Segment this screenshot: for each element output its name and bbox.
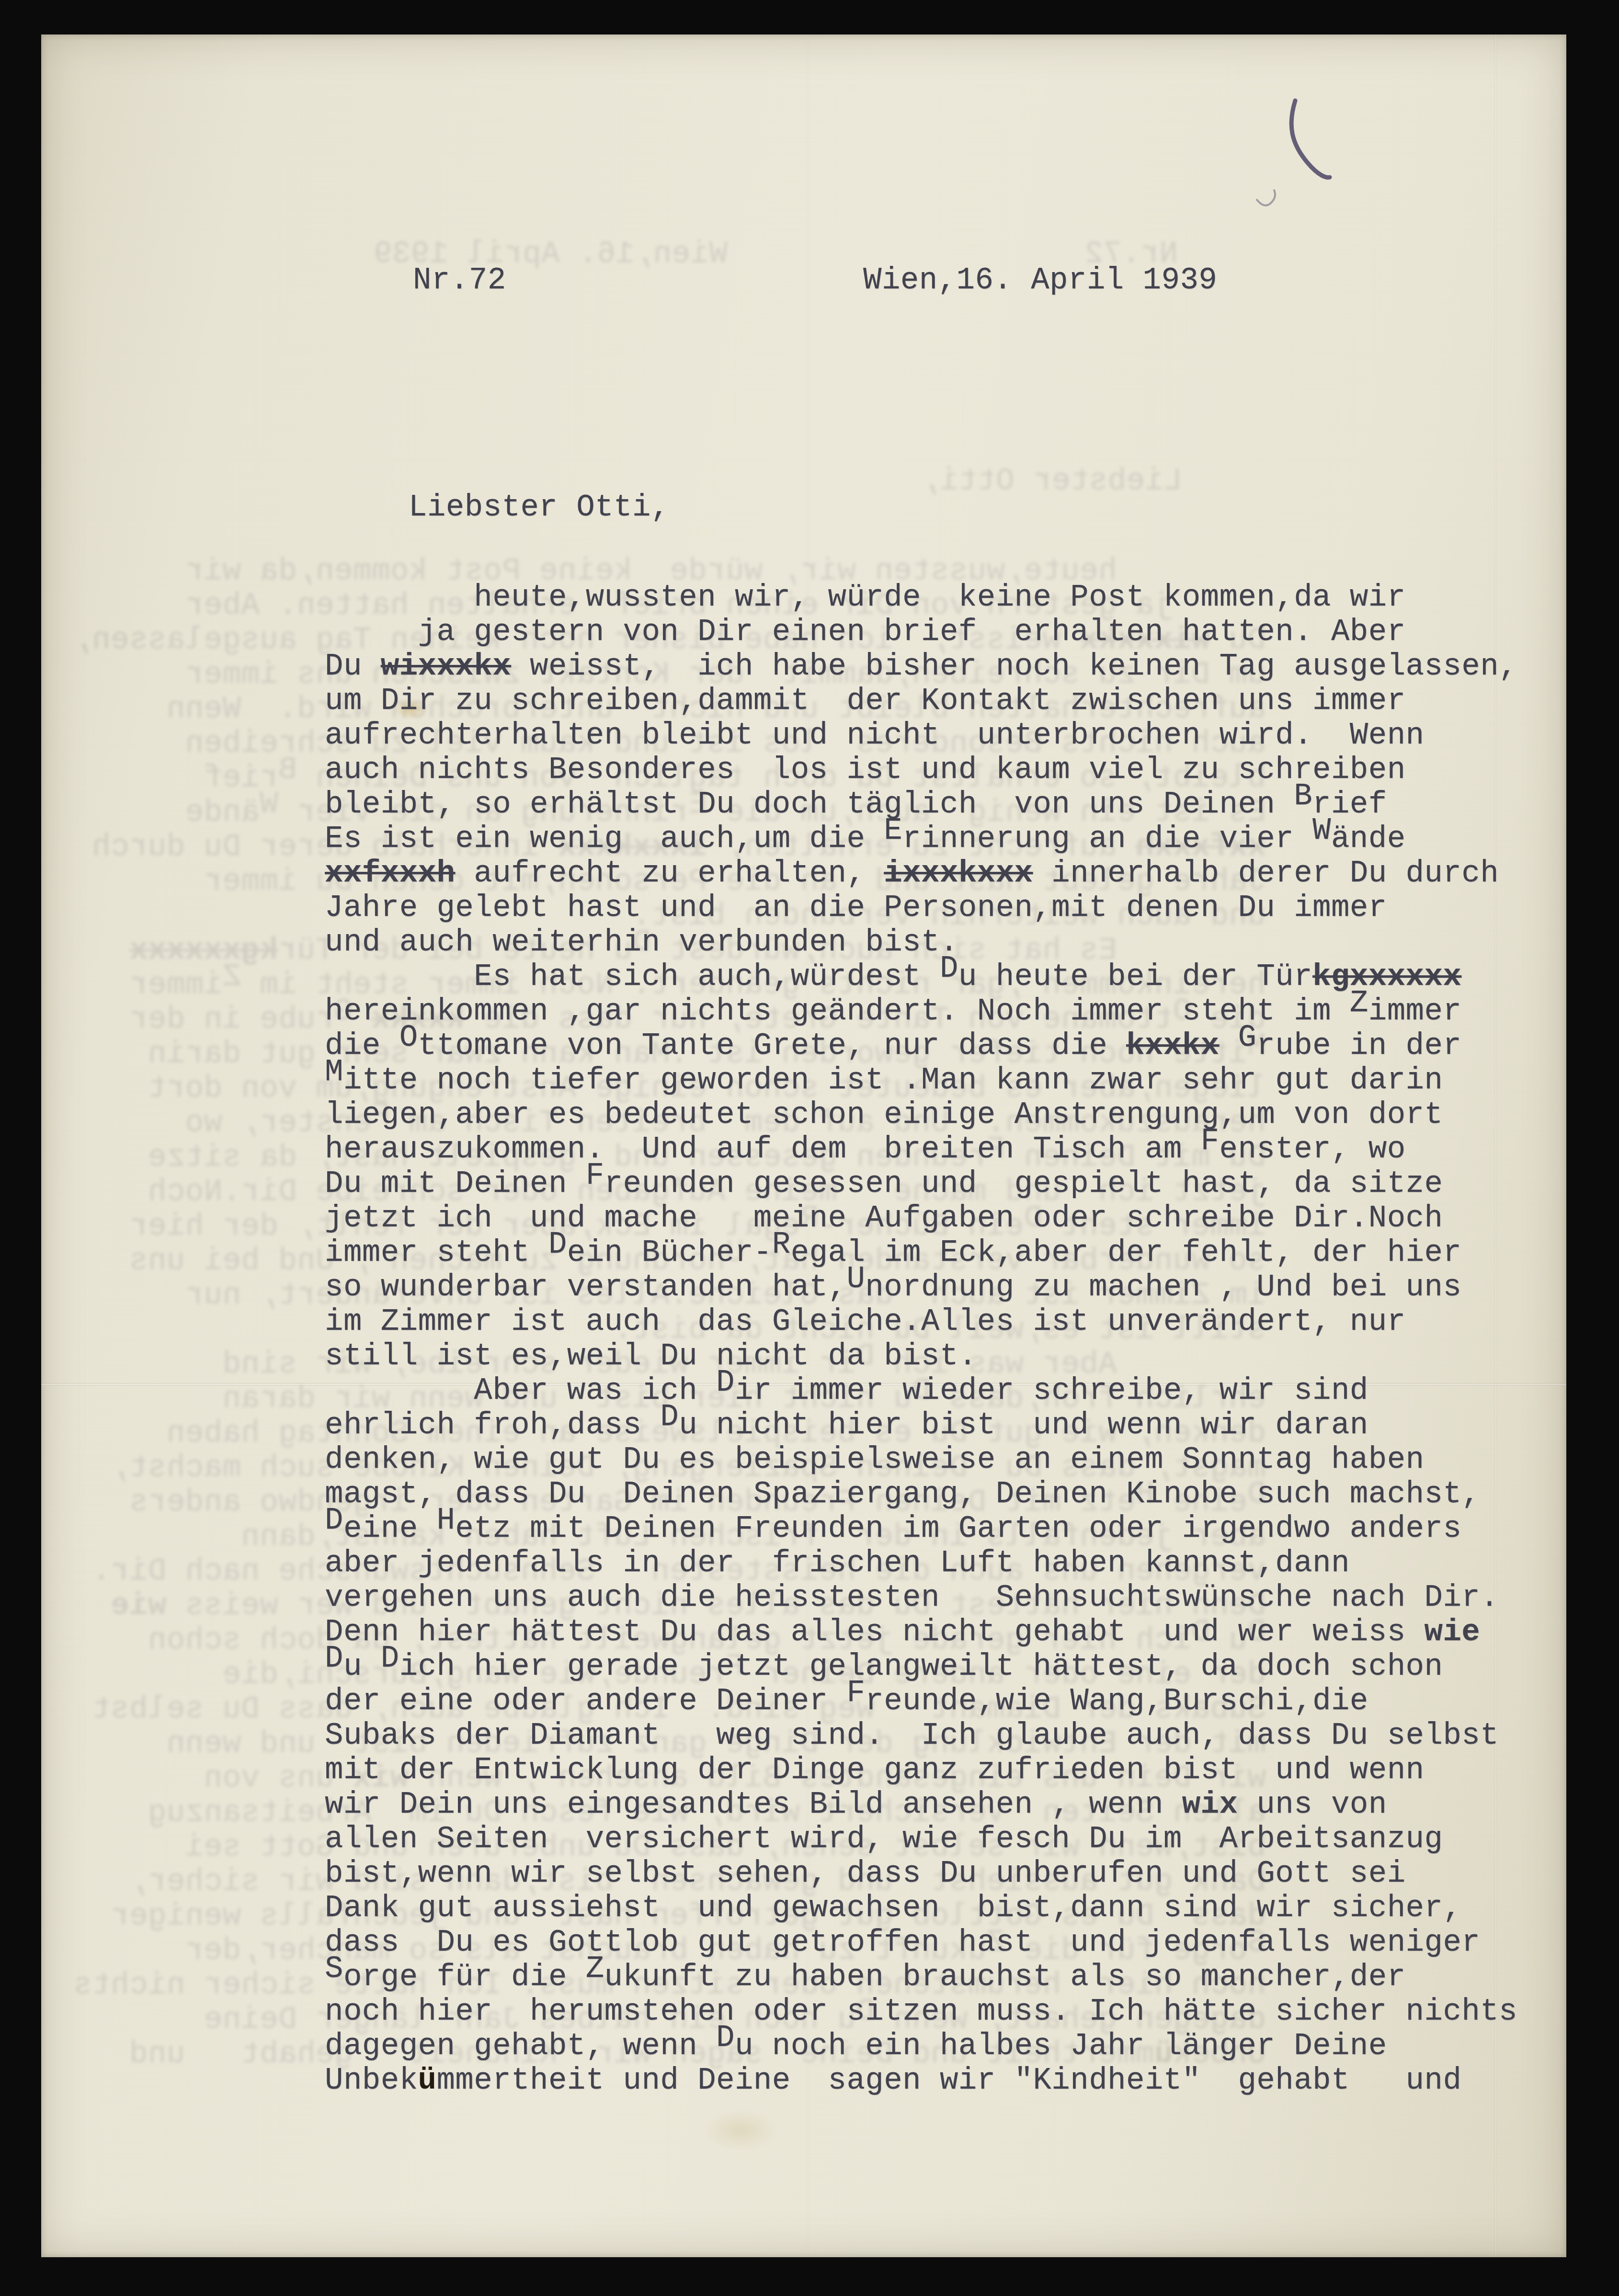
letter-text: D <box>325 1642 343 1676</box>
letter-text: liegen,aber es bedeutet schon einige Ans… <box>325 1098 1443 1132</box>
letter-line: noch hier herumstehen oder sitzen muss. … <box>325 1995 1517 2029</box>
letter-text: ukunft zu haben brauchst als so mancher,… <box>604 1960 1406 1995</box>
letter-page: Nr.72 Wien,16. April 1939 Liebster Otti,… <box>41 34 1566 2257</box>
letter-line: im Zimmer ist auch das Gleiche.Alles ist… <box>325 1305 1517 1339</box>
struck-out-text: xxfxxxh <box>325 857 455 891</box>
letter-text: Es ist ein wenig auch,um die <box>325 822 884 857</box>
letter-text: reunden gesessen und gespielt hast, da s… <box>604 1167 1443 1201</box>
letter-text: reunde,wie Wang,Burschi,die <box>865 1684 1368 1719</box>
letter-text: itte noch tiefer geworden ist .Man kann … <box>343 1063 1443 1098</box>
letter-text: wix <box>1182 1788 1238 1822</box>
letter-line: Du wixxxkx weisst, ich habe bisher noch … <box>325 650 1517 684</box>
letter-text: ja gestern von Dir einen brief erhalten … <box>325 615 1406 650</box>
letter-line: um Dir zu schreiben,dammit der Kontakt z… <box>325 684 1517 719</box>
letter-text: u nicht hier bist und wenn wir daran <box>679 1408 1368 1443</box>
letter-text: Du <box>325 650 381 684</box>
letter-text: F <box>846 1676 865 1711</box>
letter-line: Mitte noch tiefer geworden ist .Man kann… <box>325 1063 1517 1098</box>
letter-text: allen Seiten versichert wird, wie fesch … <box>325 1822 1443 1857</box>
letter-text: immer steht <box>325 1236 548 1270</box>
letter-line: aber jedenfalls in der frischen Luft hab… <box>325 1546 1517 1581</box>
letter-text: D <box>325 1504 343 1538</box>
letter-text: rinnerung an die vier <box>902 822 1312 857</box>
letter-line: denken, wie gut Du es beispielsweise an … <box>325 1443 1517 1477</box>
letter-text: der eine oder andere Deiner <box>325 1684 846 1719</box>
letter-text: dass Du es Gottlob gut getroffen hast un… <box>325 1926 1480 1960</box>
letter-line: jetzt ich und mache meine Aufgaben oder … <box>325 1201 1517 1236</box>
letter-text: Denn hier hättest Du das alles nicht geh… <box>325 1615 1424 1650</box>
letter-text: weisst, ich habe bisher noch keinen Tag … <box>511 650 1517 684</box>
letter-line: Deine Hetz mit Deinen Freunden im Garten… <box>325 1512 1517 1546</box>
letter-text: O <box>399 1021 418 1055</box>
letter-text: Jahre gelebt hast und an die Personen,mi… <box>325 891 1387 925</box>
letter-text: D <box>940 952 958 986</box>
letter-line: wir Dein uns eingesandtes Bild ansehen ,… <box>325 1788 1517 1822</box>
letter-text: D <box>716 1366 735 1400</box>
letter-line: herauszukommen. Und auf dem breiten Tisc… <box>325 1132 1517 1167</box>
letter-line: Es ist ein wenig auch,um die Erinnerung … <box>325 822 1517 857</box>
letter-text: ich hier gerade jetzt gelangweilt hättes… <box>399 1650 1443 1684</box>
struck-out-text: wixxxkx <box>381 650 511 684</box>
letter-text: egal im Eck,aber der fehlt, der hier <box>791 1236 1462 1270</box>
letter-line: Dank gut aussiehst und gewachsen bist,da… <box>325 1891 1517 1926</box>
letter-line: Sorge für die Zukunft zu haben brauchst … <box>325 1960 1517 1995</box>
letter-text: R <box>772 1228 791 1262</box>
letter-text: ehrlich froh,dass <box>325 1408 660 1443</box>
letter-text: B <box>1294 779 1312 814</box>
letter-line: Aber was ich Dir immer wieder schreibe, … <box>325 1374 1517 1408</box>
letter-text: innerhalb derer Du durch <box>1033 857 1499 891</box>
letter-line: still ist es,weil Du nicht da bist. <box>325 1339 1517 1374</box>
letter-line: Du Dich hier gerade jetzt gelangweilt hä… <box>325 1650 1517 1684</box>
letter-text: still ist es,weil Du nicht da bist. <box>325 1339 977 1374</box>
letter-text: herauszukommen. Und auf dem breiten Tisc… <box>325 1132 1201 1167</box>
letter-text: ände <box>1331 822 1406 857</box>
letter-text: Z <box>586 1952 604 1987</box>
letter-line: Du mit Deinen Freunden gesessen und gesp… <box>325 1167 1517 1201</box>
letter-text: so wunderbar verstanden hat, <box>325 1270 846 1305</box>
letter-text: noch hier herumstehen oder sitzen muss. … <box>325 1995 1517 2029</box>
letter-line: Jahre gelebt hast und an die Personen,mi… <box>325 891 1517 925</box>
letter-text: Subaks der Diamant weg sind. Ich glaube … <box>325 1719 1499 1753</box>
letter-text: W <box>1312 814 1331 848</box>
letter-number: Nr.72 <box>413 263 506 298</box>
letter-line: heute,wussten wir, würde keine Post komm… <box>325 581 1517 615</box>
letter-line: vergehen uns auch die heisstesten Sehnsu… <box>325 1581 1517 1615</box>
letter-text: D <box>660 1400 679 1435</box>
letter-line: mit der Entwicklung der Dinge ganz zufri… <box>325 1753 1517 1788</box>
letter-text: U <box>846 1262 865 1297</box>
letter-text: heute,wussten wir, würde keine Post komm… <box>325 581 1406 615</box>
letter-line: der eine oder andere Deiner Freunde,wie … <box>325 1684 1517 1719</box>
letter-line: bleibt, so erhältst Du doch täglich von … <box>325 788 1517 822</box>
letter-text: vergehen uns auch die heisstesten Sehnsu… <box>325 1581 1499 1615</box>
letter-text: F <box>586 1159 604 1193</box>
salutation: Liebster Otti, <box>409 491 670 525</box>
letter-text: und auch weiterhin verbunden bist. <box>325 925 958 960</box>
letter-content: Nr.72 Wien,16. April 1939 Liebster Otti,… <box>41 34 1566 2257</box>
letter-line: ehrlich froh,dass Du nicht hier bist und… <box>325 1408 1517 1443</box>
letter-text: mmertheit und Deine sagen wir "Kindheit"… <box>436 2064 1461 2098</box>
letter-text: H <box>436 1504 455 1538</box>
letter-text: Aber was ich <box>325 1374 716 1408</box>
letter-text: dagegen gehabt, wenn <box>325 2029 716 2064</box>
letter-line: magst, dass Du Deinen Spaziergang, Deine… <box>325 1477 1517 1512</box>
letter-line: so wunderbar verstanden hat,Unordnung zu… <box>325 1270 1517 1305</box>
letter-line: Es hat sich auch,würdest Du heute bei de… <box>325 960 1517 994</box>
scanned-letter: Nr.72 Wien,16. April 1939 Liebster Otti,… <box>0 0 1619 2296</box>
letter-text: ü <box>418 2064 437 2098</box>
letter-text: ir immer wieder schreibe, wir sind <box>735 1374 1368 1408</box>
letter-text: wir Dein uns eingesandtes Bild ansehen ,… <box>325 1788 1182 1822</box>
letter-text: Dank gut aussiehst und gewachsen bist,da… <box>325 1891 1461 1926</box>
letter-text: wie <box>1424 1615 1480 1650</box>
letter-line: Denn hier hättest Du das alles nicht geh… <box>325 1615 1517 1650</box>
letter-line: aufrechterhalten bleibt und nicht unterb… <box>325 719 1517 753</box>
letter-text: G <box>1238 1021 1256 1055</box>
letter-line: allen Seiten versichert wird, wie fesch … <box>325 1822 1517 1857</box>
letter-text <box>1220 1029 1238 1063</box>
letter-line: dagegen gehabt, wenn Du noch ein halbes … <box>325 2029 1517 2064</box>
letter-line: auch nichts Besonderes los ist und kaum … <box>325 753 1517 788</box>
letter-body: heute,wussten wir, würde keine Post komm… <box>325 581 1517 2098</box>
letter-text: u noch ein halbes Jahr länger Deine <box>735 2029 1387 2064</box>
letter-text: denken, wie gut Du es beispielsweise an … <box>325 1443 1424 1477</box>
letter-line: dass Du es Gottlob gut getroffen hast un… <box>325 1926 1517 1960</box>
letter-text: aufrecht zu erhalten, <box>455 857 884 891</box>
letter-text: jetzt ich und mache meine Aufgaben oder … <box>325 1201 1443 1236</box>
letter-text: D <box>381 1642 399 1676</box>
letter-text: magst, dass Du Deinen Spaziergang, Deine… <box>325 1477 1480 1512</box>
letter-text: immer <box>1368 994 1462 1029</box>
letter-text: uns von <box>1238 1788 1387 1822</box>
letter-line: Unbekümmertheit und Deine sagen wir "Kin… <box>325 2064 1517 2098</box>
letter-text: Unbek <box>325 2064 418 2098</box>
letter-text: eine <box>343 1512 437 1546</box>
letter-dateline: Wien,16. April 1939 <box>863 263 1217 298</box>
letter-line: und auch weiterhin verbunden bist. <box>325 925 1517 960</box>
letter-text: Z <box>1350 986 1368 1021</box>
letter-text: Es hat sich auch,würdest <box>325 960 940 994</box>
letter-text: hereinkommen ,gar nichts geändert. Noch … <box>325 994 1350 1029</box>
letter-text: auch nichts Besonderes los ist und kaum … <box>325 753 1406 788</box>
letter-text: u heute bei der Tür <box>958 960 1312 994</box>
letter-text: ein Bücher- <box>567 1236 772 1270</box>
letter-text: D <box>548 1228 567 1262</box>
letter-text: F <box>1201 1124 1220 1159</box>
letter-text: nordnung zu machen , Und bei uns <box>865 1270 1461 1305</box>
letter-line: Subaks der Diamant weg sind. Ich glaube … <box>325 1719 1517 1753</box>
letter-text: bist,wenn wir selbst sehen, dass Du unbe… <box>325 1857 1406 1891</box>
letter-text: im Zimmer ist auch das Gleiche.Alles ist… <box>325 1305 1406 1339</box>
letter-text: um Dir zu schreiben,dammit der Kontakt z… <box>325 684 1406 719</box>
letter-line: die Ottomane von Tante Grete, nur dass d… <box>325 1029 1517 1063</box>
letter-line: liegen,aber es bedeutet schon einige Ans… <box>325 1098 1517 1132</box>
struck-out-text: kxxkx <box>1126 1029 1220 1063</box>
letter-text: etz mit Deinen Freunden im Garten oder i… <box>455 1512 1461 1546</box>
letter-text: aber jedenfalls in der frischen Luft hab… <box>325 1546 1350 1581</box>
letter-text: D <box>716 2021 735 2056</box>
letter-line: bist,wenn wir selbst sehen, dass Du unbe… <box>325 1857 1517 1891</box>
struck-out-text: ixxxkxxx <box>884 857 1033 891</box>
struck-out-text: kgxxxxxx <box>1312 960 1461 994</box>
letter-text: Du mit Deinen <box>325 1167 586 1201</box>
letter-text: mit der Entwicklung der Dinge ganz zufri… <box>325 1753 1424 1788</box>
letter-text: M <box>325 1055 343 1090</box>
letter-text: u <box>343 1650 381 1684</box>
letter-text: ttomane von Tante Grete, nur dass die <box>418 1029 1126 1063</box>
letter-line: hereinkommen ,gar nichts geändert. Noch … <box>325 994 1517 1029</box>
letter-text: enster, wo <box>1220 1132 1406 1167</box>
letter-text: rube in der <box>1256 1029 1461 1063</box>
letter-line: ja gestern von Dir einen brief erhalten … <box>325 615 1517 650</box>
letter-text: E <box>884 814 902 848</box>
letter-text: S <box>325 1952 343 1987</box>
letter-text: orge für die <box>343 1960 586 1995</box>
letter-line: xxfxxxh aufrecht zu erhalten, ixxxkxxx i… <box>325 857 1517 891</box>
letter-text: aufrechterhalten bleibt und nicht unterb… <box>325 719 1424 753</box>
letter-line: immer steht Dein Bücher-Regal im Eck,abe… <box>325 1236 1517 1270</box>
letter-text: bleibt, so erhältst Du doch täglich von … <box>325 788 1294 822</box>
